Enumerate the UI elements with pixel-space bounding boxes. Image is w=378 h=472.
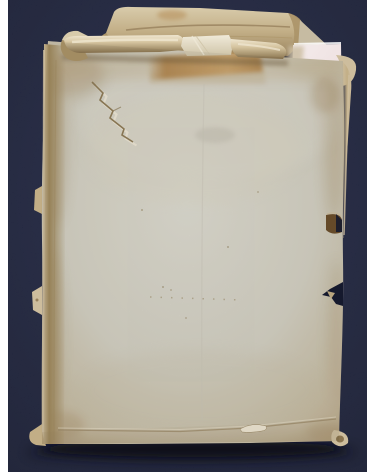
left-tab-fold-dot <box>36 299 39 302</box>
left-tab-upper <box>34 186 42 214</box>
parcel <box>27 6 360 464</box>
photo-matte-left <box>0 0 8 472</box>
photo-matte-right <box>367 0 378 472</box>
flap-stain <box>157 10 187 20</box>
photo-of-wrapped-parcel <box>0 0 378 472</box>
parcel-photo-svg <box>0 0 378 472</box>
pink-paper-top-edge <box>294 43 341 44</box>
paper-grain <box>30 6 360 448</box>
